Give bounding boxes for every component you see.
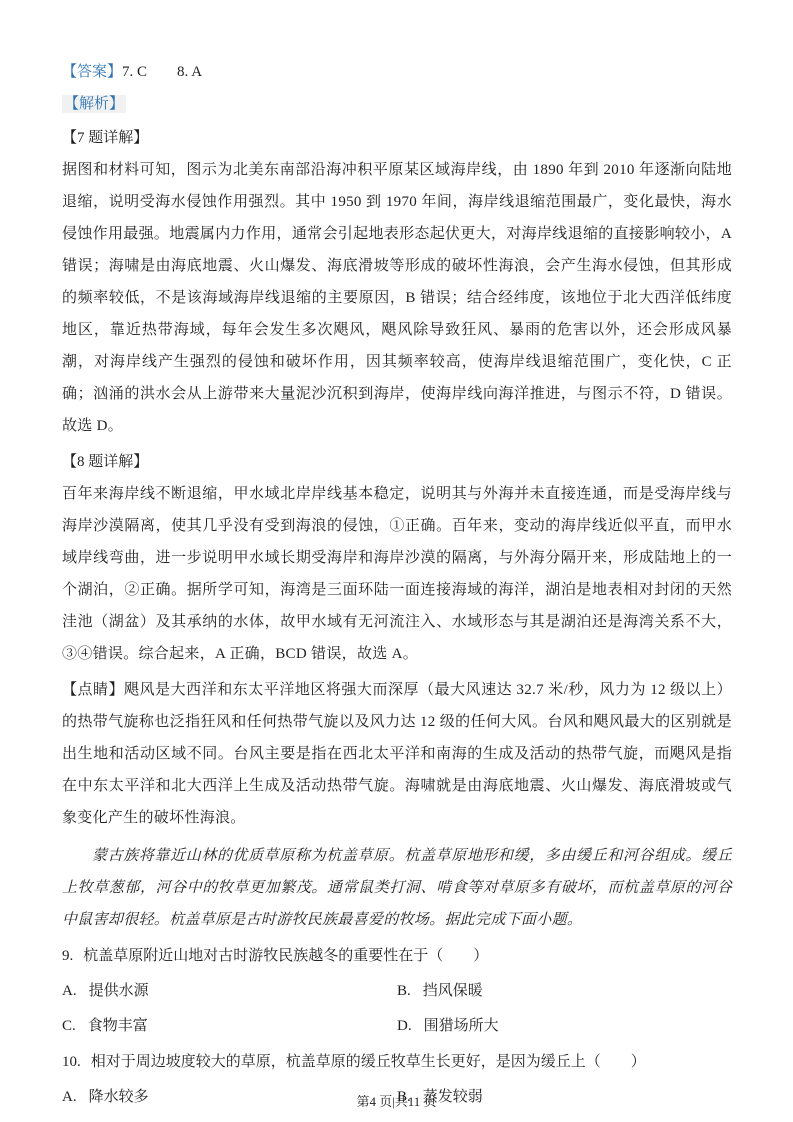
option-9-c-text: 食物丰富	[88, 1018, 148, 1034]
question-9: 9.杭盖草原附近山地对古时游牧民族越冬的重要性在于（ ） A.提供水源 B.挡风…	[62, 940, 732, 1042]
page-footer: 第4 页|共11 页	[0, 1091, 793, 1110]
explanation-q7: 据图和材料可知，图示为北美东南部沿海冲积平原某区域海岸线，由 1890 年到 2…	[62, 154, 732, 442]
answer-q8: 8. A	[177, 64, 202, 80]
key-note-label: 【点睛】	[62, 682, 124, 698]
key-note-body: 飓风是大西洋和东太平洋地区将强大而深厚（最大风速达 32.7 米/秒，风力为 1…	[62, 682, 732, 826]
section-heading-q8: 【8 题详解】	[62, 446, 732, 478]
reading-passage: 蒙古族将靠近山林的优质草原称为杭盖草原。杭盖草原地形和缓，多由缓丘和河谷组成。缓…	[62, 840, 732, 936]
option-9-a-label: A.	[62, 983, 77, 999]
option-9-c-label: C.	[62, 1018, 76, 1034]
option-9-a: A.提供水源	[62, 975, 397, 1007]
explanation-q8: 百年来海岸线不断退缩，甲水域北岸岸线基本稳定，说明其与外海并未直接连通，而是受海…	[62, 478, 732, 670]
exam-answer-page: 【答案】7. C8. A 【解析】 【7 题详解】 据图和材料可知，图示为北美东…	[0, 0, 793, 1122]
option-9-c: C.食物丰富	[62, 1010, 397, 1042]
option-9-b-label: B.	[397, 983, 411, 999]
answer-q7: 7. C	[122, 64, 147, 80]
question-10-text: 相对于周边坡度较大的草原，杭盖草原的缓丘牧草生长更好，是因为缓丘上（ ）	[91, 1054, 646, 1070]
question-9-options-row-2: C.食物丰富 D.围猎场所大	[62, 1010, 732, 1042]
analysis-label: 【解析】	[62, 95, 126, 113]
analysis-line: 【解析】	[62, 88, 732, 120]
key-note: 【点睛】飓风是大西洋和东太平洋地区将强大而深厚（最大风速达 32.7 米/秒，风…	[62, 674, 732, 834]
section-heading-q7: 【7 题详解】	[62, 122, 732, 154]
answer-line: 【答案】7. C8. A	[62, 56, 732, 88]
option-9-b: B.挡风保暖	[397, 975, 732, 1007]
question-10-number: 10.	[62, 1054, 81, 1070]
page-content: 【答案】7. C8. A 【解析】 【7 题详解】 据图和材料可知，图示为北美东…	[62, 56, 732, 1113]
question-9-number: 9.	[62, 948, 73, 964]
option-9-d: D.围猎场所大	[397, 1010, 732, 1042]
option-9-d-text: 围猎场所大	[424, 1018, 499, 1034]
option-9-d-label: D.	[397, 1018, 412, 1034]
question-9-options-row-1: A.提供水源 B.挡风保暖	[62, 975, 732, 1007]
option-9-b-text: 挡风保暖	[423, 983, 483, 999]
question-9-stem: 9.杭盖草原附近山地对古时游牧民族越冬的重要性在于（ ）	[62, 940, 732, 972]
question-9-text: 杭盖草原附近山地对古时游牧民族越冬的重要性在于（ ）	[83, 948, 488, 964]
question-10-stem: 10.相对于周边坡度较大的草原，杭盖草原的缓丘牧草生长更好，是因为缓丘上（ ）	[62, 1046, 732, 1078]
option-9-a-text: 提供水源	[89, 983, 149, 999]
answer-label: 【答案】	[62, 64, 122, 80]
